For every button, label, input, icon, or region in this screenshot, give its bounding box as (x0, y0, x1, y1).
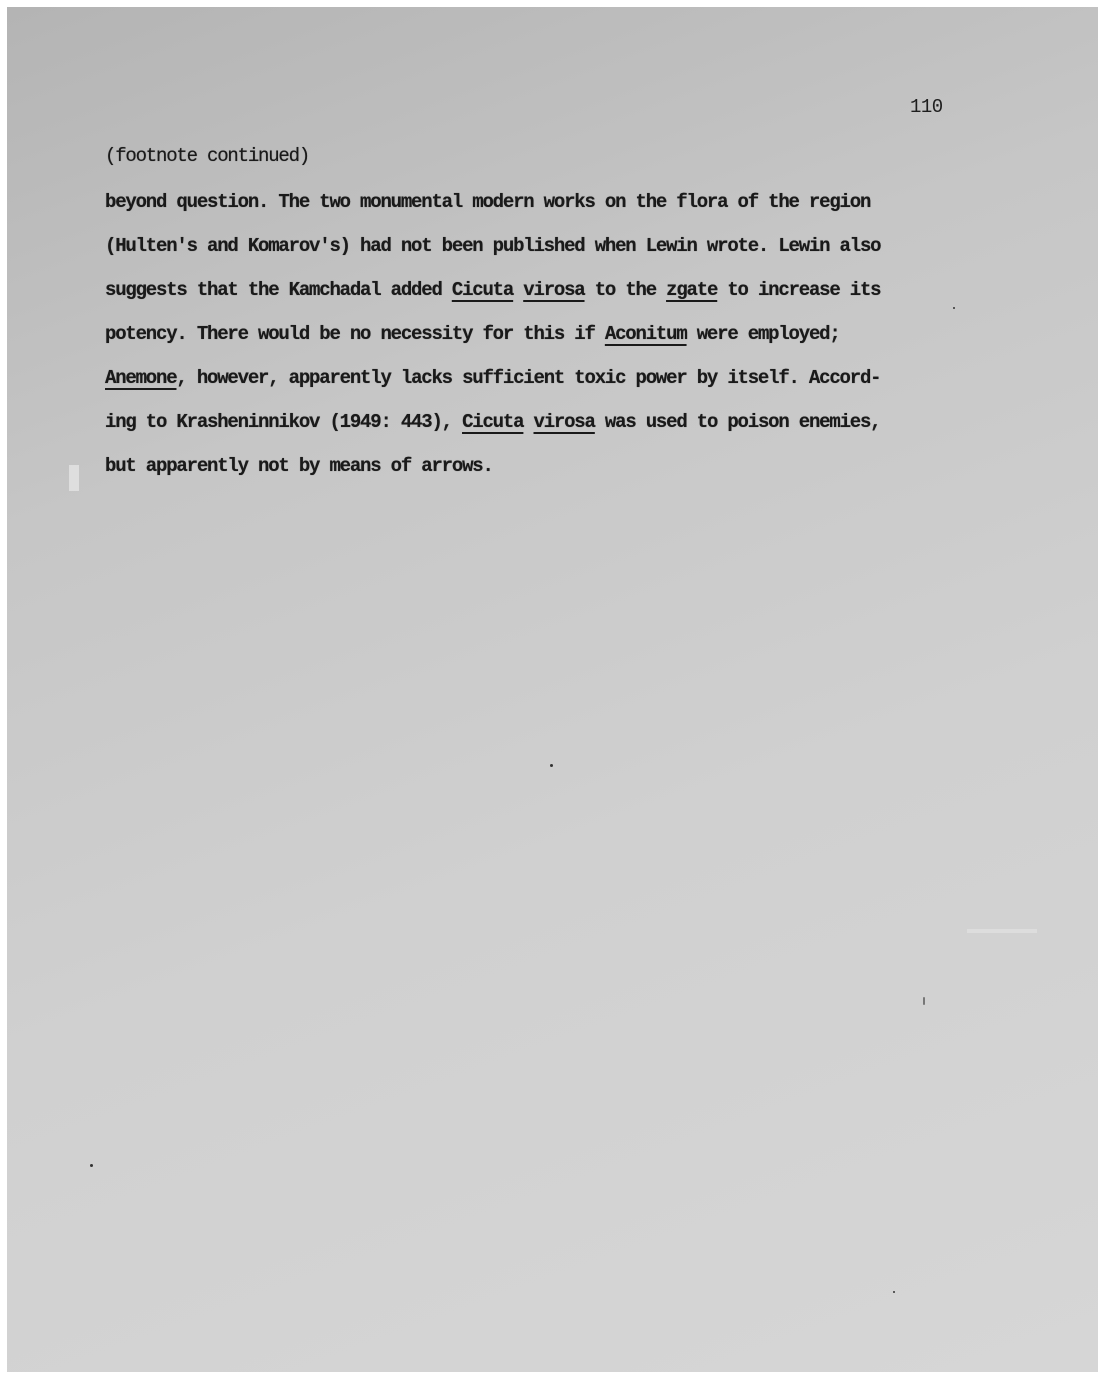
text-segment (523, 411, 533, 433)
footnote-body: beyond question. The two monumental mode… (105, 180, 985, 488)
scanned-page: 110 (footnote continued) beyond question… (7, 7, 1098, 1372)
text-segment: were employed; (687, 323, 840, 345)
text-line: suggests that the Kamchadal added Cicuta… (105, 268, 985, 312)
text-segment: to the (585, 279, 667, 301)
text-segment: beyond question. The two monumental mode… (105, 191, 870, 213)
underlined-term: zgate (666, 279, 717, 301)
scan-artifact (967, 929, 1037, 933)
text-segment: (Hulten's and Komarov's) had not been pu… (105, 235, 880, 257)
scan-speck (923, 997, 925, 1005)
underlined-term: virosa (523, 279, 584, 301)
text-line: beyond question. The two monumental mode… (105, 180, 985, 224)
text-segment: but apparently not by means of arrows. (105, 455, 493, 477)
underlined-term: Anemone (105, 367, 176, 389)
text-segment: ing to Krasheninnikov (1949: 443), (105, 411, 462, 433)
text-segment (513, 279, 523, 301)
footnote-heading: (footnote continued) (105, 134, 985, 178)
page-number: 110 (910, 96, 943, 118)
underlined-term: Cicuta (452, 279, 513, 301)
underlined-term: Aconitum (605, 323, 687, 345)
footnote-text-block: (footnote continued) beyond question. Th… (105, 134, 985, 488)
text-segment: to increase its (717, 279, 880, 301)
scan-speck (953, 307, 955, 309)
text-line: potency. There would be no necessity for… (105, 312, 985, 356)
text-line: Anemone, however, apparently lacks suffi… (105, 356, 985, 400)
text-segment: potency. There would be no necessity for… (105, 323, 605, 345)
text-line: (Hulten's and Komarov's) had not been pu… (105, 224, 985, 268)
scan-speck (550, 764, 553, 767)
scan-speck (893, 1291, 895, 1293)
text-line: but apparently not by means of arrows. (105, 444, 985, 488)
scan-speck (90, 1164, 93, 1167)
underlined-term: virosa (534, 411, 595, 433)
scan-artifact (69, 465, 79, 491)
text-line: ing to Krasheninnikov (1949: 443), Cicut… (105, 400, 985, 444)
underlined-term: Cicuta (462, 411, 523, 433)
text-segment: suggests that the Kamchadal added (105, 279, 452, 301)
text-segment: , however, apparently lacks sufficient t… (176, 367, 880, 389)
text-segment: was used to poison enemies, (595, 411, 881, 433)
